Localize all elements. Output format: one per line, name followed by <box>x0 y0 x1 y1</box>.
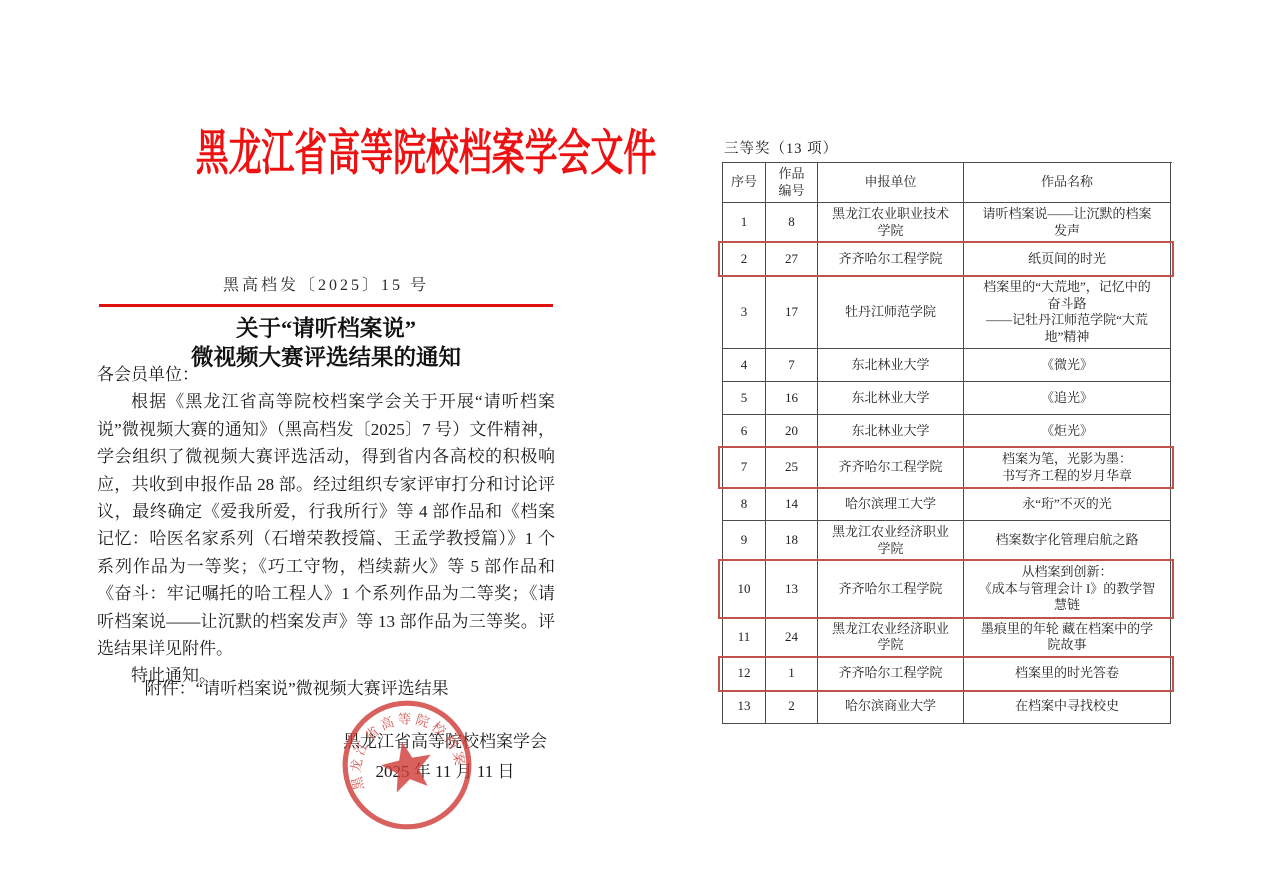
cell-work-title: 档案里的“大荒地”，记忆中的 奋斗路 ——记牡丹江师范学院“大荒 地”精神 <box>964 276 1171 349</box>
cell-unit: 黑龙江农业经济职业 学院 <box>818 521 964 561</box>
cell-serial: 1 <box>723 203 766 243</box>
table-row: 9 18 黑龙江农业经济职业 学院 档案数字化管理启航之路 <box>723 521 1172 561</box>
cell-unit: 哈尔滨理工大学 <box>818 488 964 521</box>
table-row: 7 25 齐齐哈尔工程学院 档案为笔，光影为墨： 书写齐工程的岁月华章 <box>723 448 1172 488</box>
table-row: 2 27 齐齐哈尔工程学院 纸页间的时光 <box>723 243 1172 276</box>
table-row: 1 8 黑龙江农业职业技术 学院 请听档案说——让沉默的档案 发声 <box>723 203 1172 243</box>
cell-work-title: 在档案中寻找校史 <box>964 691 1171 724</box>
cell-unit: 东北林业大学 <box>818 349 964 382</box>
cell-unit: 东北林业大学 <box>818 382 964 415</box>
letterhead-title: 黑龙江省高等院校档案学会文件 <box>97 126 555 182</box>
official-notice: 黑龙江省高等院校档案学会文件 黑高档发〔2025〕15 号 关于“请听档案说” … <box>97 0 555 896</box>
cell-entry-code: 14 <box>766 488 818 521</box>
cell-work-title: 永“珩”不灭的光 <box>964 488 1171 521</box>
third-prize-section: 三等奖（13 项） 序号 作品 编号 申报单位 作品名称 1 8 黑龙江农业职业… <box>722 137 1182 724</box>
cell-entry-code: 25 <box>766 448 818 488</box>
cell-entry-code: 16 <box>766 382 818 415</box>
table-row: 6 20 东北林业大学 《炬光》 <box>723 415 1172 448</box>
cell-work-title: 《炬光》 <box>964 415 1171 448</box>
cell-unit: 齐齐哈尔工程学院 <box>818 658 964 691</box>
cell-unit: 哈尔滨商业大学 <box>818 691 964 724</box>
document-page: { "document": { "letterhead": "黑龙江省高等院校档… <box>0 0 1267 896</box>
attachment-line: 附件：“请听档案说”微视频大赛评选结果 <box>97 675 555 702</box>
table-row: 11 24 黑龙江农业经济职业 学院 墨痕里的年轮 藏在档案中的学 院故事 <box>723 618 1172 658</box>
body-paragraph: 根据《黑龙江省高等院校档案学会关于开展“请听档案说”微视频大赛的通知》（黑高档发… <box>97 388 555 662</box>
table-row: 10 13 齐齐哈尔工程学院 从档案到创新： 《成本与管理会计 I》的教学智 慧… <box>723 561 1172 618</box>
cell-unit: 齐齐哈尔工程学院 <box>818 243 964 276</box>
cell-unit: 东北林业大学 <box>818 415 964 448</box>
cell-entry-code: 8 <box>766 203 818 243</box>
cell-work-title: 档案数字化管理启航之路 <box>964 521 1171 561</box>
cell-entry-code: 20 <box>766 415 818 448</box>
table-header-row: 序号 作品 编号 申报单位 作品名称 <box>723 163 1172 203</box>
table-row: 5 16 东北林业大学 《追光》 <box>723 382 1172 415</box>
table-caption: 三等奖（13 项） <box>724 137 1182 158</box>
cell-entry-code: 18 <box>766 521 818 561</box>
cell-work-title: 请听档案说——让沉默的档案 发声 <box>964 203 1171 243</box>
cell-serial: 13 <box>723 691 766 724</box>
notice-title-line1: 关于“请听档案说” <box>97 314 555 343</box>
cell-entry-code: 2 <box>766 691 818 724</box>
cell-unit: 黑龙江农业职业技术 学院 <box>818 203 964 243</box>
table-row: 8 14 哈尔滨理工大学 永“珩”不灭的光 <box>723 488 1172 521</box>
salutation: 各会员单位： <box>97 361 555 388</box>
table-row: 3 17 牡丹江师范学院 档案里的“大荒地”，记忆中的 奋斗路 ——记牡丹江师范… <box>723 276 1172 349</box>
cell-work-title: 《微光》 <box>964 349 1171 382</box>
table-row: 13 2 哈尔滨商业大学 在档案中寻找校史 <box>723 691 1172 724</box>
header-work-title: 作品名称 <box>964 163 1171 203</box>
award-table: 序号 作品 编号 申报单位 作品名称 1 8 黑龙江农业职业技术 学院 请听档案… <box>722 162 1172 724</box>
cell-serial: 4 <box>723 349 766 382</box>
cell-serial: 7 <box>723 448 766 488</box>
cell-entry-code: 27 <box>766 243 818 276</box>
cell-unit: 黑龙江农业经济职业 学院 <box>818 618 964 658</box>
official-seal-stamp: 黑龙江省高等院校档案学会 <box>328 686 487 845</box>
notice-body: 各会员单位： 根据《黑龙江省高等院校档案学会关于开展“请听档案说”微视频大赛的通… <box>97 361 555 690</box>
cell-serial: 9 <box>723 521 766 561</box>
header-entry-code: 作品 编号 <box>766 163 818 203</box>
cell-entry-code: 7 <box>766 349 818 382</box>
cell-serial: 5 <box>723 382 766 415</box>
header-serial: 序号 <box>723 163 766 203</box>
seal-star-icon <box>377 737 437 795</box>
cell-serial: 12 <box>723 658 766 691</box>
table-row: 12 1 齐齐哈尔工程学院 档案里的时光答卷 <box>723 658 1172 691</box>
cell-unit: 牡丹江师范学院 <box>818 276 964 349</box>
cell-serial: 6 <box>723 415 766 448</box>
cell-serial: 10 <box>723 561 766 618</box>
cell-work-title: 档案为笔，光影为墨： 书写齐工程的岁月华章 <box>964 448 1171 488</box>
cell-unit: 齐齐哈尔工程学院 <box>818 448 964 488</box>
cell-work-title: 档案里的时光答卷 <box>964 658 1171 691</box>
table-row: 4 7 东北林业大学 《微光》 <box>723 349 1172 382</box>
cell-serial: 8 <box>723 488 766 521</box>
cell-work-title: 纸页间的时光 <box>964 243 1171 276</box>
cell-unit: 齐齐哈尔工程学院 <box>818 561 964 618</box>
cell-serial: 3 <box>723 276 766 349</box>
cell-entry-code: 17 <box>766 276 818 349</box>
cell-entry-code: 24 <box>766 618 818 658</box>
cell-serial: 11 <box>723 618 766 658</box>
cell-work-title: 从档案到创新： 《成本与管理会计 I》的教学智 慧链 <box>964 561 1171 618</box>
cell-serial: 2 <box>723 243 766 276</box>
letterhead-text: 黑龙江省高等院校档案学会文件 <box>196 125 657 183</box>
cell-entry-code: 1 <box>766 658 818 691</box>
cell-work-title: 墨痕里的年轮 藏在档案中的学 院故事 <box>964 618 1171 658</box>
doc-number: 黑高档发〔2025〕15 号 <box>97 272 555 295</box>
header-unit: 申报单位 <box>818 163 964 203</box>
cell-entry-code: 13 <box>766 561 818 618</box>
red-divider-rule <box>99 304 553 307</box>
cell-work-title: 《追光》 <box>964 382 1171 415</box>
